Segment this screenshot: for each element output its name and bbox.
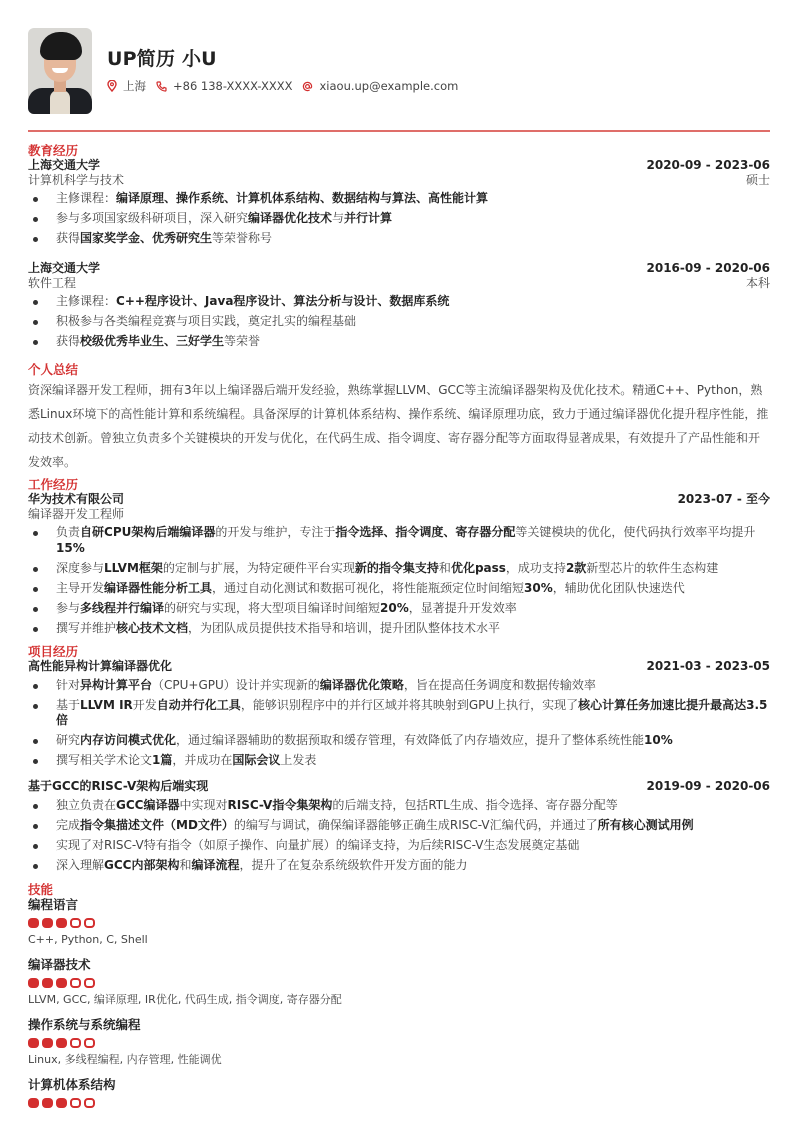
phone-icon <box>156 81 167 92</box>
bullet-item: 主修课程：C++程序设计、Java程序设计、算法分析与设计、数据库系统 <box>28 294 770 310</box>
bullet-item: 完成指令集描述文件（MD文件）的编写与调试，确保编译器能够正确生成RISC-V汇… <box>28 818 770 834</box>
location-pin-icon <box>107 80 117 92</box>
contact-phone: +86 138-XXXX-XXXX <box>156 79 292 93</box>
filled-dot-icon <box>56 978 67 988</box>
company-name: 华为技术有限公司 <box>28 492 124 507</box>
date-range: 2016-09 - 2020-06 <box>647 261 771 276</box>
skill-name: 编译器技术 <box>28 957 770 973</box>
skill-name: 操作系统与系统编程 <box>28 1017 770 1033</box>
education-entry: 上海交通大学 2020-09 - 2023-06 计算机科学与技术 硕士 主修课… <box>28 158 770 247</box>
skill-description: LLVM, GCC, 编译原理, IR优化, 代码生成, 指令调度, 寄存器分配 <box>28 993 770 1007</box>
summary-text: 资深编译器开发工程师，拥有3年以上编译器后端开发经验，熟练掌握LLVM、GCC等… <box>28 378 770 474</box>
filled-dot-icon <box>28 1098 39 1108</box>
bullet-item: 积极参与各类编程竞赛与项目实践，奠定扎实的编程基础 <box>28 314 770 330</box>
work-entry: 华为技术有限公司 2023-07 - 至今 编译器开发工程师 负责自研CPU架构… <box>28 492 770 636</box>
degree: 硕士 <box>746 173 770 187</box>
major: 计算机科学与技术 <box>28 173 124 187</box>
email-text[interactable]: xiaou.up@example.com <box>319 79 458 93</box>
bullet-item: 主修课程：编译原理、操作系统、计算机体系结构、数据结构与算法、高性能计算 <box>28 191 770 207</box>
skills-list: 编程语言C++, Python, C, Shell编译器技术LLVM, GCC,… <box>28 897 770 1108</box>
filled-dot-icon <box>28 918 39 928</box>
project-entry: 基于GCC的RISC-V架构后端实现 2019-09 - 2020-06 独立负… <box>28 779 770 874</box>
skill-level-rating <box>28 1038 770 1048</box>
skills-section: 技能 编程语言C++, Python, C, Shell编译器技术LLVM, G… <box>28 882 770 1108</box>
skill-name: 编程语言 <box>28 897 770 913</box>
skill-description: C++, Python, C, Shell <box>28 933 770 947</box>
skill-item: 编译器技术LLVM, GCC, 编译原理, IR优化, 代码生成, 指令调度, … <box>28 957 770 1007</box>
bullet-item: 独立负责在GCC编译器中实现对RISC-V指令集架构的后端支持，包括RTL生成、… <box>28 798 770 814</box>
location-text: 上海 <box>123 78 146 94</box>
degree: 本科 <box>746 276 770 290</box>
contact-location: 上海 <box>107 78 146 94</box>
empty-dot-icon <box>84 918 95 928</box>
bullet-item: 撰写相关学术论文1篇，并成功在国际会议上发表 <box>28 753 770 769</box>
filled-dot-icon <box>42 918 53 928</box>
skill-item: 计算机体系结构 <box>28 1077 770 1108</box>
skill-level-rating <box>28 918 770 928</box>
filled-dot-icon <box>28 978 39 988</box>
bullet-list: 独立负责在GCC编译器中实现对RISC-V指令集架构的后端支持，包括RTL生成、… <box>28 798 770 874</box>
skill-level-rating <box>28 978 770 988</box>
empty-dot-icon <box>70 918 81 928</box>
project-entry: 高性能异构计算编译器优化 2021-03 - 2023-05 针对异构计算平台（… <box>28 659 770 769</box>
filled-dot-icon <box>42 1038 53 1048</box>
section-title: 技能 <box>28 882 770 897</box>
at-sign-icon <box>302 81 313 92</box>
contact-info: 上海 +86 138-XXXX-XXXX xiaou.up@example.co… <box>107 78 468 94</box>
filled-dot-icon <box>42 978 53 988</box>
bullet-item: 主导开发编译器性能分析工具，通过自动化测试和数据可视化，将性能瓶颈定位时间缩短3… <box>28 581 770 597</box>
empty-dot-icon <box>70 1098 81 1108</box>
bullet-list: 负责自研CPU架构后端编译器的开发与维护，专注于指令选择、指令调度、寄存器分配等… <box>28 525 770 636</box>
bullet-item: 研究内存访问模式优化，通过编译器辅助的数据预取和缓存管理，有效降低了内存墙效应，… <box>28 733 770 749</box>
section-title: 项目经历 <box>28 644 770 659</box>
school-name: 上海交通大学 <box>28 158 100 173</box>
bullet-item: 参与多线程并行编译的研究与实现，将大型项目编译时间缩短20%，显著提升开发效率 <box>28 601 770 617</box>
bullet-list: 主修课程：C++程序设计、Java程序设计、算法分析与设计、数据库系统积极参与各… <box>28 294 770 350</box>
skill-name: 计算机体系结构 <box>28 1077 770 1093</box>
bullet-list: 针对异构计算平台（CPU+GPU）设计并实现新的编译器优化策略，旨在提高任务调度… <box>28 678 770 769</box>
bullet-item: 实现了对RISC-V特有指令（如原子操作、向量扩展）的编译支持，为后续RISC-… <box>28 838 770 854</box>
empty-dot-icon <box>84 1038 95 1048</box>
empty-dot-icon <box>70 978 81 988</box>
bullet-item: 负责自研CPU架构后端编译器的开发与维护，专注于指令选择、指令调度、寄存器分配等… <box>28 525 770 556</box>
empty-dot-icon <box>70 1038 81 1048</box>
bullet-item: 深度参与LLVM框架的定制与扩展，为特定硬件平台实现新的指令集支持和优化pass… <box>28 561 770 577</box>
skill-item: 编程语言C++, Python, C, Shell <box>28 897 770 947</box>
date-range: 2020-09 - 2023-06 <box>647 158 771 173</box>
projects-section: 项目经历 高性能异构计算编译器优化 2021-03 - 2023-05 针对异构… <box>28 644 770 874</box>
section-title: 个人总结 <box>28 362 770 377</box>
school-name: 上海交通大学 <box>28 261 100 276</box>
profile-photo <box>28 28 92 114</box>
bullet-item: 基于LLVM IR开发自动并行化工具，能够识别程序中的并行区域并将其映射到GPU… <box>28 698 770 729</box>
project-name: 高性能异构计算编译器优化 <box>28 659 172 674</box>
skill-item: 操作系统与系统编程Linux, 多线程编程, 内存管理, 性能调优 <box>28 1017 770 1067</box>
skill-level-rating <box>28 1098 770 1108</box>
candidate-name: UP简历 小U <box>107 47 468 71</box>
major: 软件工程 <box>28 276 76 290</box>
bullet-item: 获得国家奖学金、优秀研究生等荣誉称号 <box>28 231 770 247</box>
bullet-item: 获得校级优秀毕业生、三好学生等荣誉 <box>28 334 770 350</box>
date-range: 2021-03 - 2023-05 <box>647 659 771 674</box>
bullet-item: 撰写并维护核心技术文档，为团队成员提供技术指导和培训，提升团队整体技术水平 <box>28 621 770 637</box>
filled-dot-icon <box>56 918 67 928</box>
date-range: 2019-09 - 2020-06 <box>647 779 771 794</box>
filled-dot-icon <box>28 1038 39 1048</box>
bullet-list: 主修课程：编译原理、操作系统、计算机体系结构、数据结构与算法、高性能计算参与多项… <box>28 191 770 247</box>
summary-section: 个人总结 资深编译器开发工程师，拥有3年以上编译器后端开发经验，熟练掌握LLVM… <box>28 362 770 474</box>
job-role: 编译器开发工程师 <box>28 507 124 521</box>
resume-body: 教育经历 上海交通大学 2020-09 - 2023-06 计算机科学与技术 硕… <box>28 143 770 1112</box>
date-range: 2023-07 - 至今 <box>678 492 770 507</box>
bullet-item: 针对异构计算平台（CPU+GPU）设计并实现新的编译器优化策略，旨在提高任务调度… <box>28 678 770 694</box>
contact-email[interactable]: xiaou.up@example.com <box>302 79 458 93</box>
education-section: 教育经历 上海交通大学 2020-09 - 2023-06 计算机科学与技术 硕… <box>28 143 770 350</box>
empty-dot-icon <box>84 978 95 988</box>
filled-dot-icon <box>56 1098 67 1108</box>
bullet-item: 深入理解GCC内部架构和编译流程，提升了在复杂系统级软件开发方面的能力 <box>28 858 770 874</box>
resume-header: UP简历 小U 上海 +86 138-XXXX-XXXX xiaou.up@ex… <box>28 28 468 114</box>
bullet-item: 参与多项国家级科研项目，深入研究编译器优化技术与并行计算 <box>28 211 770 227</box>
filled-dot-icon <box>42 1098 53 1108</box>
empty-dot-icon <box>84 1098 95 1108</box>
phone-text: +86 138-XXXX-XXXX <box>173 79 292 93</box>
work-section: 工作经历 华为技术有限公司 2023-07 - 至今 编译器开发工程师 负责自研… <box>28 477 770 636</box>
skill-description: Linux, 多线程编程, 内存管理, 性能调优 <box>28 1053 770 1067</box>
section-title: 教育经历 <box>28 143 770 158</box>
project-name: 基于GCC的RISC-V架构后端实现 <box>28 779 208 794</box>
section-title: 工作经历 <box>28 477 770 492</box>
header-divider <box>28 130 770 132</box>
education-entry: 上海交通大学 2016-09 - 2020-06 软件工程 本科 主修课程：C+… <box>28 261 770 350</box>
filled-dot-icon <box>56 1038 67 1048</box>
